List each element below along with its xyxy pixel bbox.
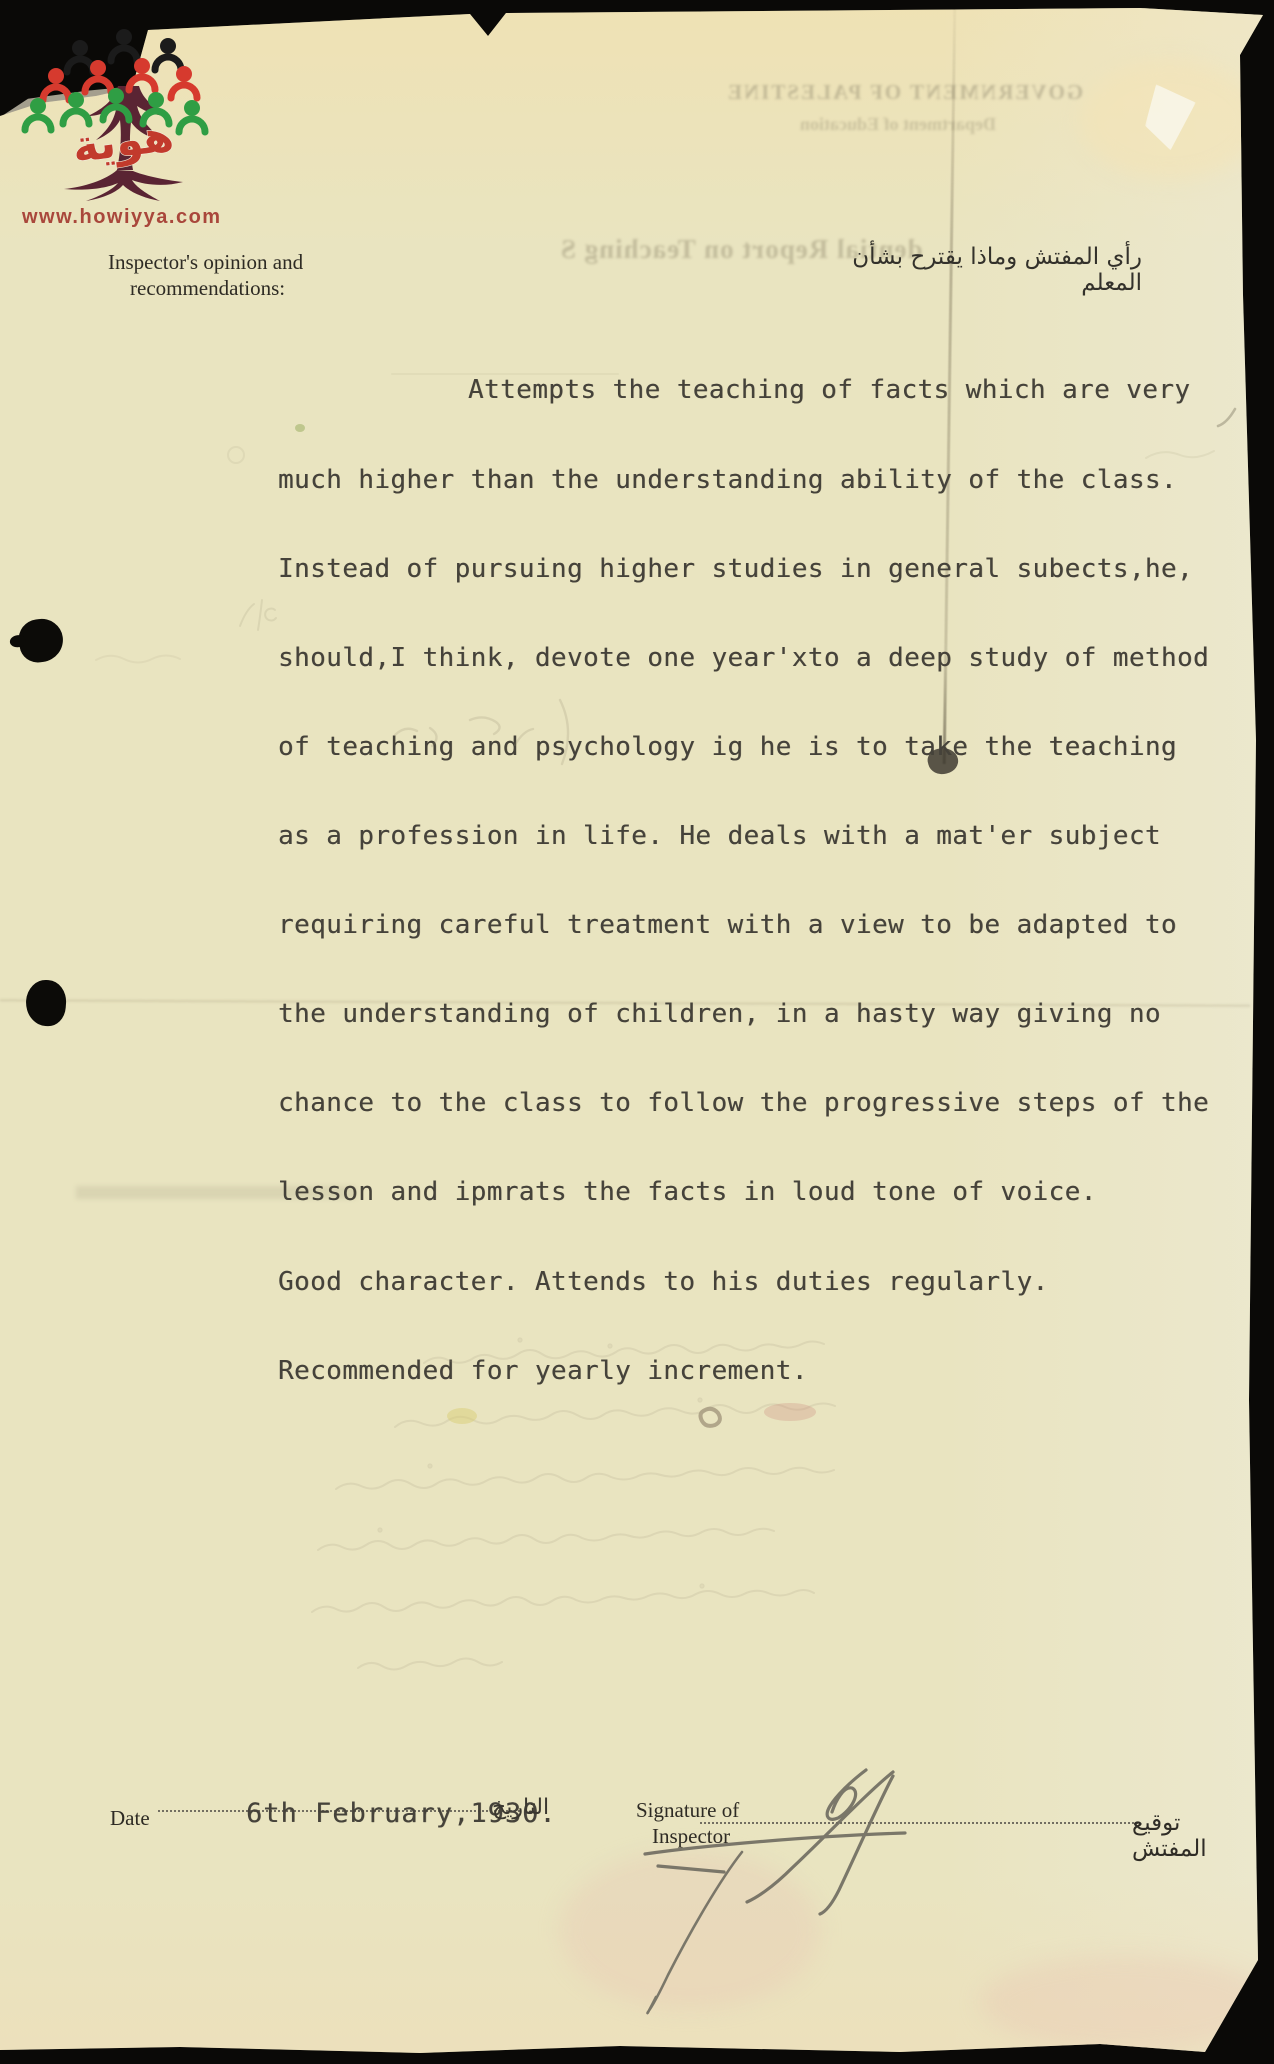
paper-sheet: GOVERNMENT OF PALESTINE Department of Ed…	[0, 0, 1274, 2064]
people-row-black	[67, 29, 181, 72]
scanned-document: GOVERNMENT OF PALESTINE Department of Ed…	[0, 0, 1274, 2064]
logo-calligraphy: هوية	[70, 110, 177, 173]
tree-people-icon: هوية	[25, 29, 205, 201]
watermark-url: www.howiyya.com	[22, 206, 222, 229]
howiyya-logo: هوية	[12, 24, 242, 234]
inspector-signature	[0, 0, 1274, 2064]
